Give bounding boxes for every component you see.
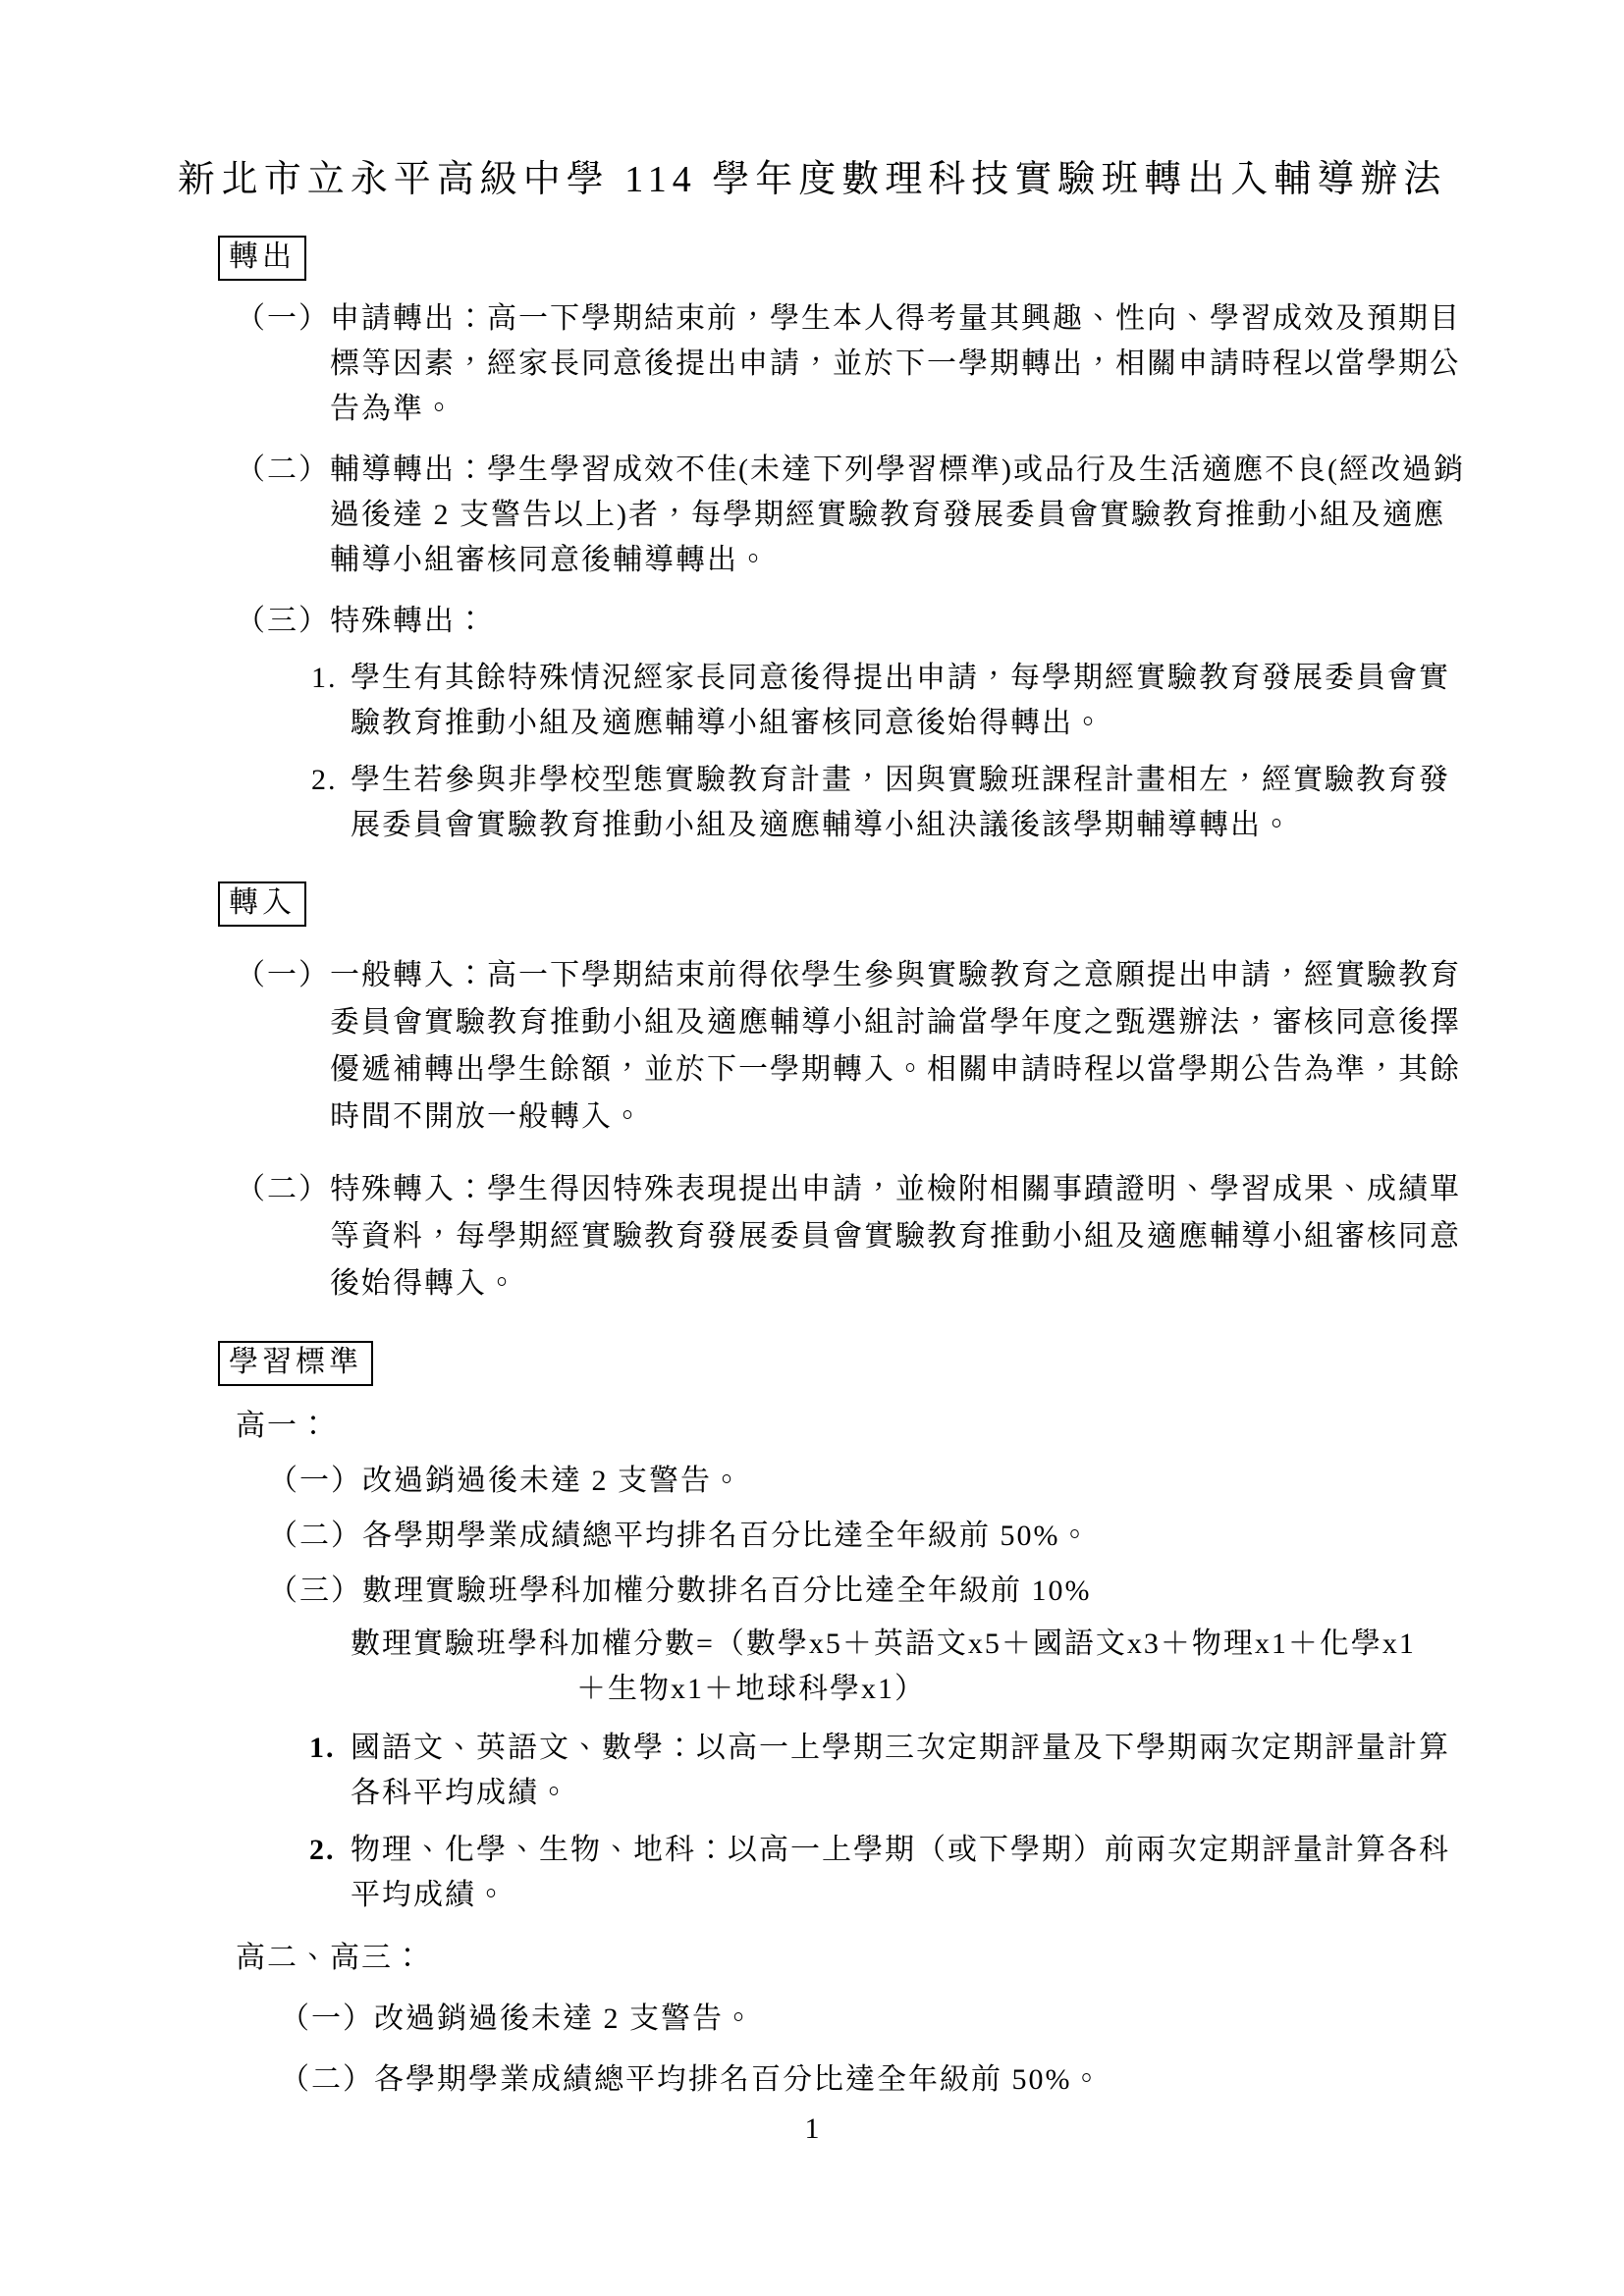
item-label: （二） <box>236 448 330 583</box>
item-label: （一） <box>236 952 330 1141</box>
list-item: （一） 申請轉出：高一下學期結束前，學生本人得考量其興趣、性向、學習成效及預期目… <box>236 296 1469 432</box>
note-text: 國語文、英語文、數學：以高一上學期三次定期評量及下學期兩次定期評量計算各科平均成… <box>351 1726 1469 1816</box>
subitem-number: 1. <box>311 656 351 746</box>
item-label: （二） <box>236 1166 330 1308</box>
standard-item: （三）數理實驗班學科加權分數排名百分比達全年級前 10% <box>268 1569 1469 1614</box>
item-label: （三） <box>236 599 330 644</box>
standard-item: （一）改過銷過後未達 2 支警告。 <box>280 1997 1469 2042</box>
section-learning-standards: 學習標準 高一： （一）改過銷過後未達 2 支警告。 （二）各學期學業成績總平均… <box>218 1308 1469 2103</box>
list-item: （一） 一般轉入：高一下學期結束前得依學生參與實驗教育之意願提出申請，經實驗教育… <box>236 952 1469 1141</box>
note-text: 物理、化學、生物、地科：以高一上學期（或下學期）前兩次定期評量計算各科平均成績。 <box>351 1828 1469 1918</box>
standard-item: （二）各學期學業成績總平均排名百分比達全年級前 50%。 <box>280 2057 1469 2103</box>
item-text: 輔導轉出：學生學習成效不佳(未達下列學習標準)或品行及生活適應不良(經改過銷過後… <box>330 448 1469 583</box>
weighted-score-formula-line1: 數理實驗班學科加權分數=（數學x5＋英語文x5＋國語文x3＋物理x1＋化學x1 <box>351 1622 1469 1667</box>
transfer-in-list: （一） 一般轉入：高一下學期結束前得依學生參與實驗教育之意願提出申請，經實驗教育… <box>236 952 1469 1308</box>
item-label: （一） <box>236 296 330 432</box>
weighted-score-formula-line2: ＋生物x1＋地球科學x1） <box>576 1667 1469 1712</box>
item-text: 一般轉入：高一下學期結束前得依學生參與實驗教育之意願提出申請，經實驗教育委員會實… <box>330 952 1469 1141</box>
subitem-number: 2. <box>311 758 351 848</box>
list-item: （二） 輔導轉出：學生學習成效不佳(未達下列學習標準)或品行及生活適應不良(經改… <box>236 448 1469 583</box>
transfer-in-heading: 轉入 <box>218 881 306 927</box>
transfer-out-sublist: 1. 學生有其餘特殊情況經家長同意後得提出申請，每學期經實驗教育發展委員會實驗教… <box>311 656 1469 848</box>
list-item: （三） 特殊轉出： <box>236 599 1469 644</box>
note-number: 2. <box>309 1828 351 1918</box>
item-text: 特殊轉入：學生得因特殊表現提出申請，並檢附相關事蹟證明、學習成果、成績單等資料，… <box>330 1166 1469 1308</box>
list-item: （二） 特殊轉入：學生得因特殊表現提出申請，並檢附相關事蹟證明、學習成果、成績單… <box>236 1166 1469 1308</box>
standard-item: （二）各學期學業成績總平均排名百分比達全年級前 50%。 <box>268 1514 1469 1559</box>
section-transfer-in: 轉入 （一） 一般轉入：高一下學期結束前得依學生參與實驗教育之意願提出申請，經實… <box>218 848 1469 1308</box>
page-title: 新北市立永平高級中學 114 學年度數理科技實驗班轉出入輔導辦法 <box>0 0 1624 202</box>
section-transfer-out: 轉出 （一） 申請轉出：高一下學期結束前，學生本人得考量其興趣、性向、學習成效及… <box>218 202 1469 848</box>
document-page: 新北市立永平高級中學 114 學年度數理科技實驗班轉出入輔導辦法 轉出 （一） … <box>0 0 1624 2296</box>
subitem-text: 學生有其餘特殊情況經家長同意後得提出申請，每學期經實驗教育發展委員會實驗教育推動… <box>351 656 1469 746</box>
grade23-label: 高二、高三： <box>236 1936 1469 1981</box>
document-content: 轉出 （一） 申請轉出：高一下學期結束前，學生本人得考量其興趣、性向、學習成效及… <box>218 202 1469 2103</box>
grade1-notes: 1. 國語文、英語文、數學：以高一上學期三次定期評量及下學期兩次定期評量計算各科… <box>309 1726 1469 1918</box>
item-text: 特殊轉出： <box>330 599 1469 644</box>
sublist-item: 1. 學生有其餘特殊情況經家長同意後得提出申請，每學期經實驗教育發展委員會實驗教… <box>311 656 1469 746</box>
grade1-list: （一）改過銷過後未達 2 支警告。 （二）各學期學業成績總平均排名百分比達全年級… <box>268 1459 1469 1614</box>
grade1-label: 高一： <box>236 1404 1469 1449</box>
subitem-text: 學生若參與非學校型態實驗教育計畫，因與實驗班課程計畫相左，經實驗教育發展委員會實… <box>351 758 1469 848</box>
standard-item: （一）改過銷過後未達 2 支警告。 <box>268 1459 1469 1504</box>
grade23-list: （一）改過銷過後未達 2 支警告。 （二）各學期學業成績總平均排名百分比達全年級… <box>280 1997 1469 2103</box>
transfer-out-list: （一） 申請轉出：高一下學期結束前，學生本人得考量其興趣、性向、學習成效及預期目… <box>236 296 1469 848</box>
sublist-item: 2. 學生若參與非學校型態實驗教育計畫，因與實驗班課程計畫相左，經實驗教育發展委… <box>311 758 1469 848</box>
note-item: 2. 物理、化學、生物、地科：以高一上學期（或下學期）前兩次定期評量計算各科平均… <box>309 1828 1469 1918</box>
page-number: 1 <box>0 2107 1624 2152</box>
learning-standards-heading: 學習標準 <box>218 1341 373 1386</box>
note-number: 1. <box>309 1726 351 1816</box>
item-text: 申請轉出：高一下學期結束前，學生本人得考量其興趣、性向、學習成效及預期目標等因素… <box>330 296 1469 432</box>
transfer-out-heading: 轉出 <box>218 236 306 281</box>
note-item: 1. 國語文、英語文、數學：以高一上學期三次定期評量及下學期兩次定期評量計算各科… <box>309 1726 1469 1816</box>
